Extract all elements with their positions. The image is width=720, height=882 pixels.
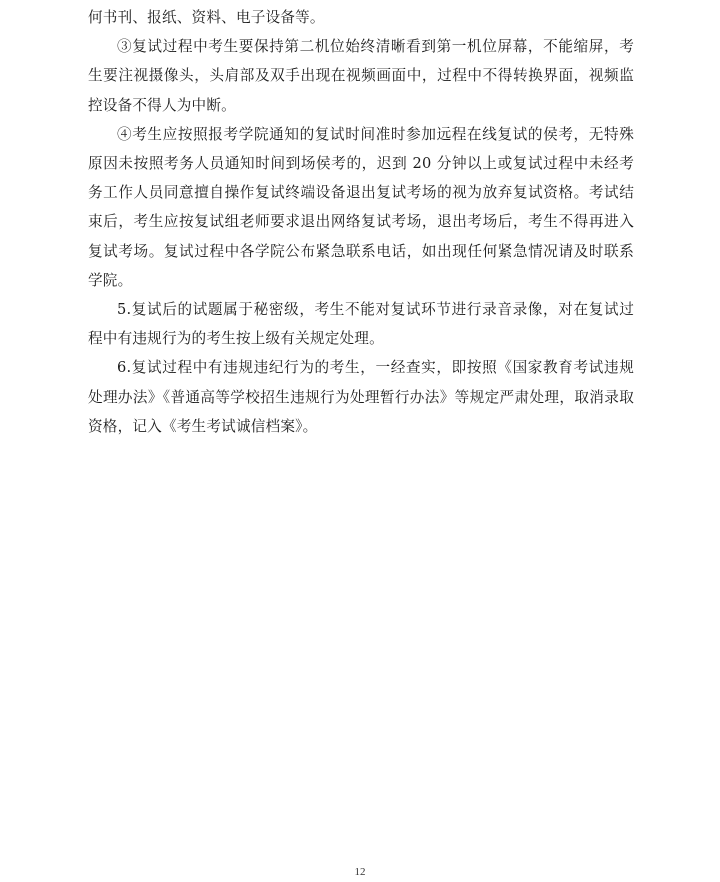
paragraph-item-4: ④考生应按照报考学院通知的复试时间准时参加远程在线复试的侯考，无特殊原因未按照考… bbox=[88, 120, 634, 295]
paragraph-item-3: ③复试过程中考生要保持第二机位始终清晰看到第一机位屏幕，不能缩屏，考生要注视摄像… bbox=[88, 32, 634, 120]
page-number: 12 bbox=[0, 866, 720, 878]
paragraph-continuation: 何书刊、报纸、资料、电子设备等。 bbox=[88, 3, 634, 32]
document-page-body: 何书刊、报纸、资料、电子设备等。 ③复试过程中考生要保持第二机位始终清晰看到第一… bbox=[88, 3, 634, 441]
paragraph-rule-6: 6.复试过程中有违规违纪行为的考生，一经查实，即按照《国家教育考试违规处理办法》… bbox=[88, 353, 634, 441]
paragraph-rule-5: 5.复试后的试题属于秘密级，考生不能对复试环节进行录音录像，对在复试过程中有违规… bbox=[88, 295, 634, 353]
